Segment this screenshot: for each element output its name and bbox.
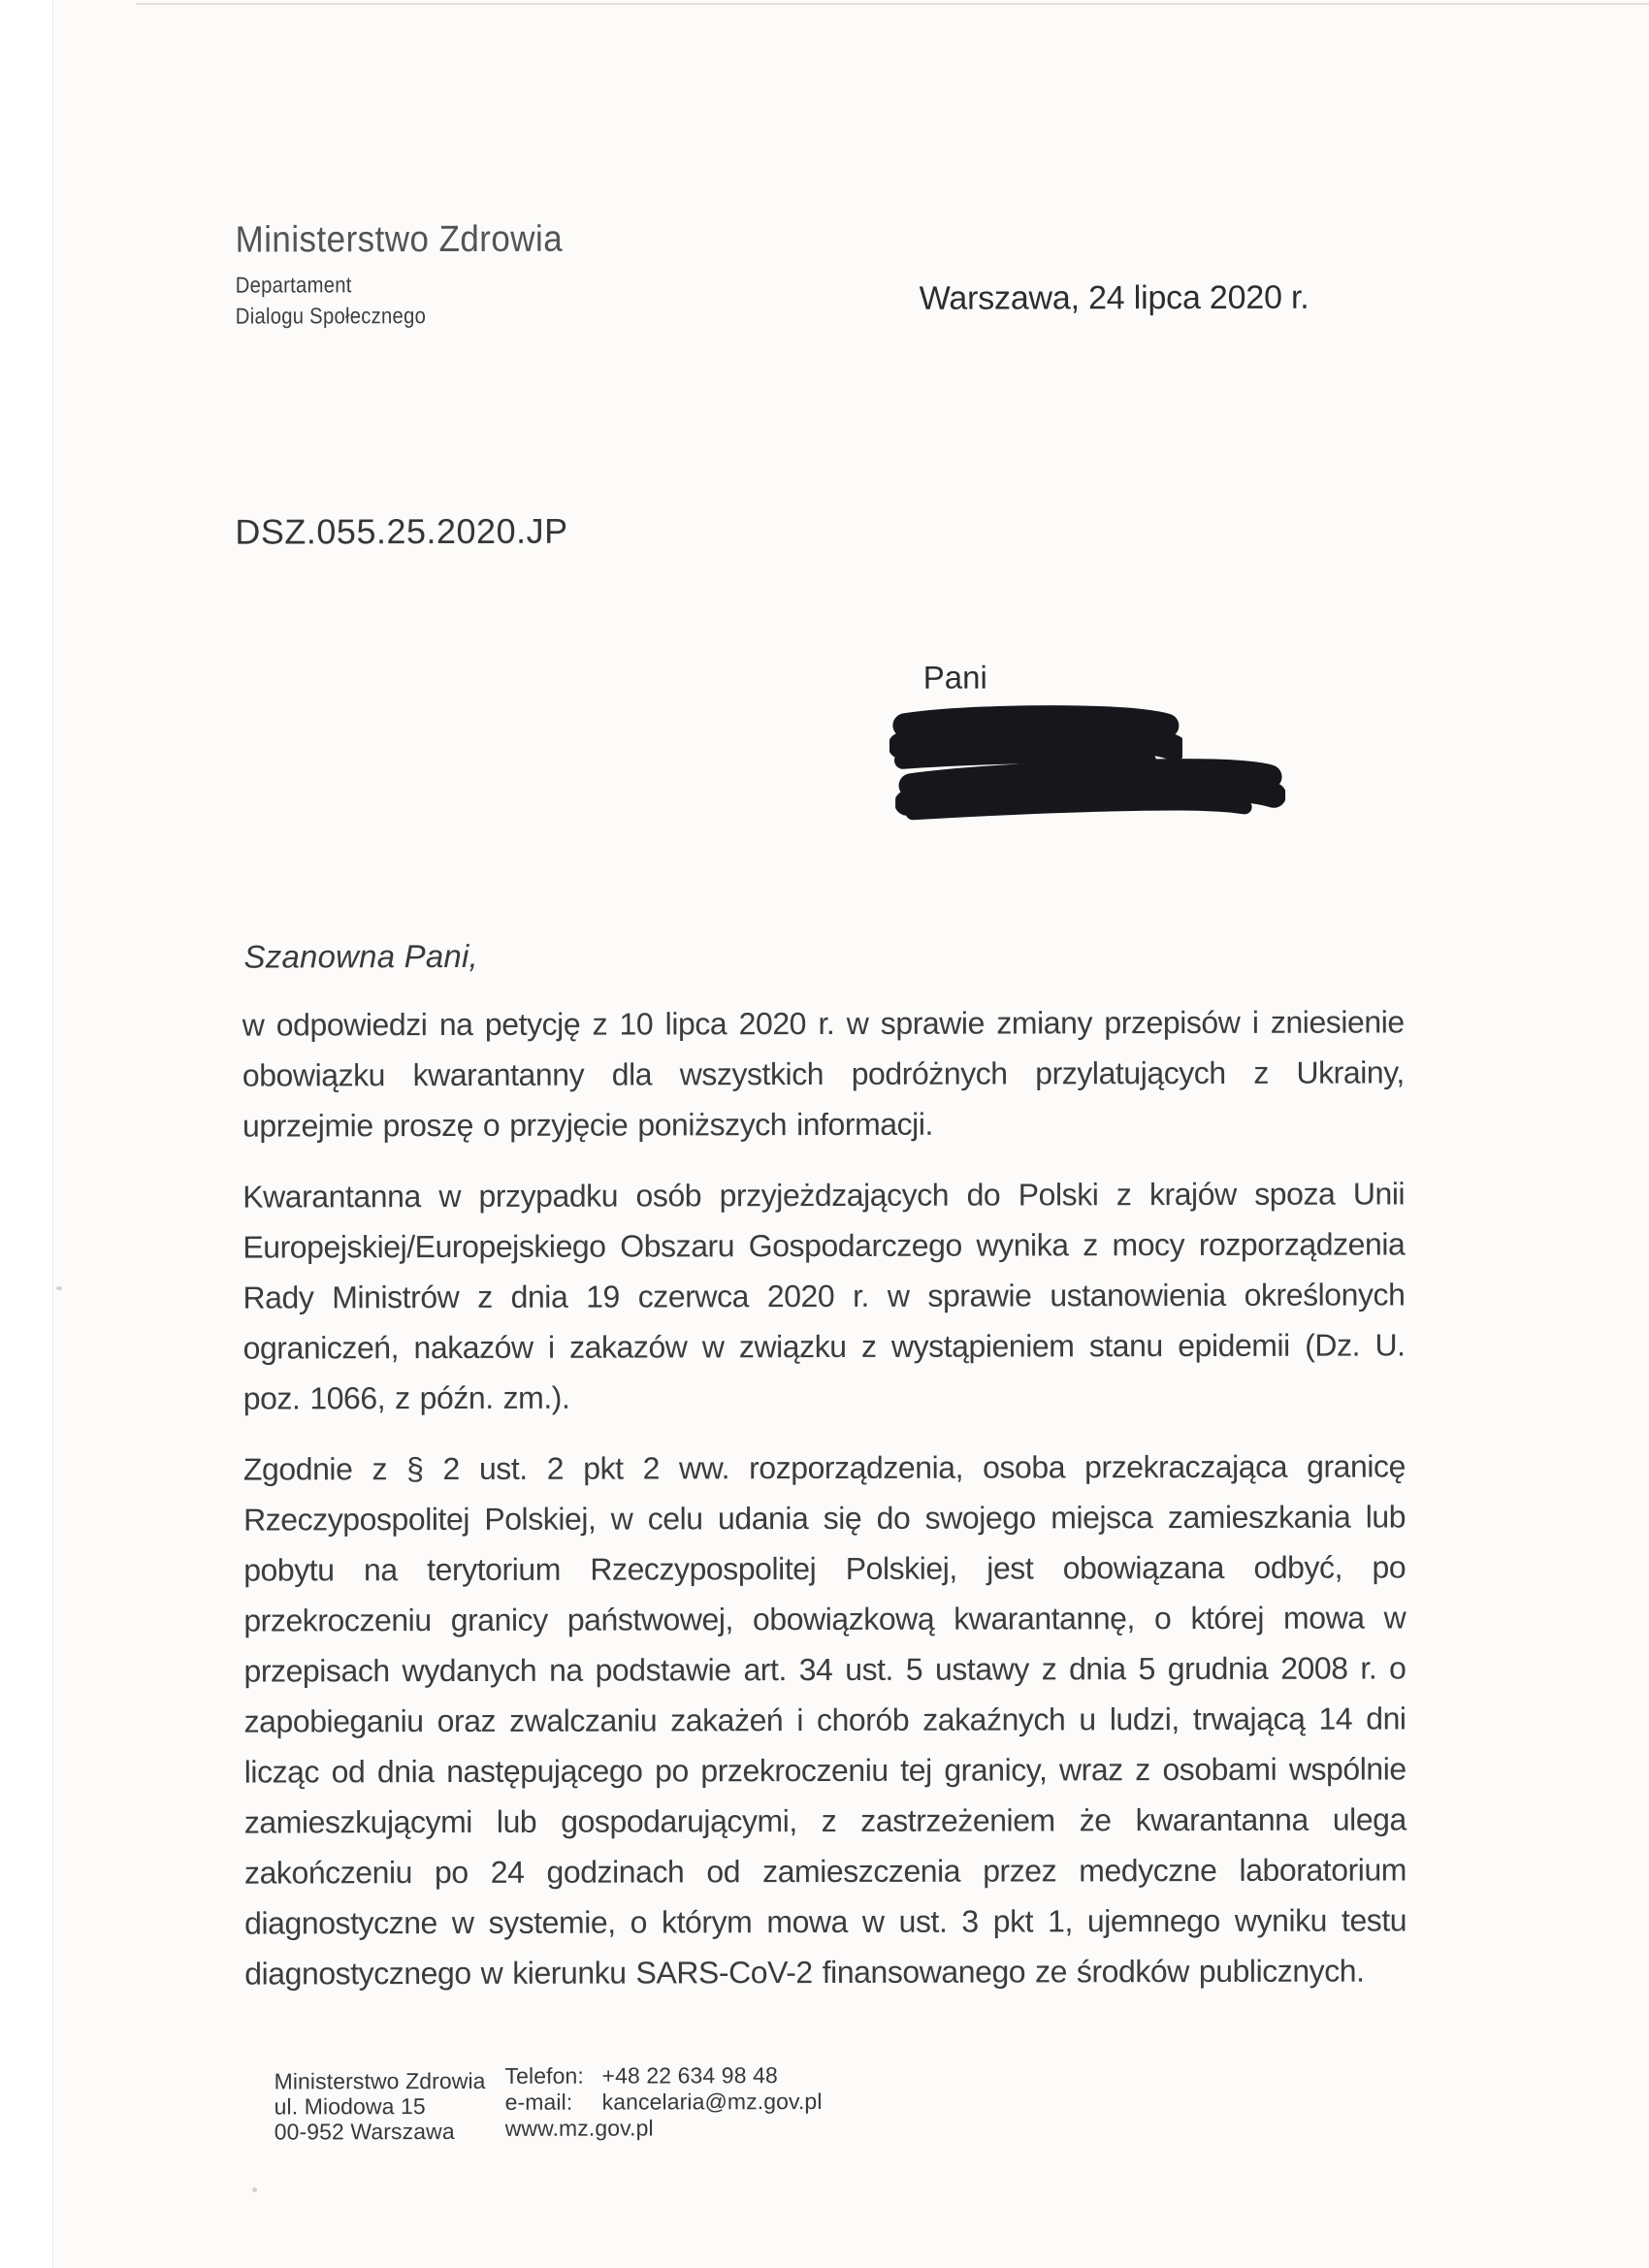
- footer-email-row: e-mail:kancelaria@mz.gov.pl: [505, 2089, 823, 2116]
- footer-address-line-2: ul. Miodowa 15: [275, 2093, 486, 2120]
- reference-number: DSZ.055.25.2020.JP: [235, 514, 567, 550]
- footer-contact: Telefon:+48 22 634 98 48 e-mail:kancelar…: [505, 2062, 823, 2142]
- department-line-1: Departament: [236, 269, 426, 301]
- scanned-letter-page: Ministerstwo Zdrowia Departament Dialogu…: [0, 0, 1649, 2268]
- ministry-name: Ministerstwo Zdrowia: [236, 220, 564, 262]
- department-line-2: Dialogu Społecznego: [236, 300, 426, 332]
- department-name: Departament Dialogu Społecznego: [236, 269, 426, 332]
- paragraph-2: Kwarantanna w przypadku osób przyjeżdzaj…: [242, 1168, 1406, 1423]
- footer-email-label: e-mail:: [505, 2090, 602, 2116]
- footer-website-row: www.mz.gov.pl: [505, 2115, 823, 2142]
- recipient-title: Pani: [923, 662, 987, 694]
- footer-address: Ministerstwo Zdrowia ul. Miodowa 15 00-9…: [275, 2068, 486, 2145]
- footer-website: www.mz.gov.pl: [505, 2115, 654, 2140]
- footer-phone-row: Telefon:+48 22 634 98 48: [505, 2062, 823, 2090]
- letter-content: Ministerstwo Zdrowia Departament Dialogu…: [0, 0, 1649, 2268]
- footer-address-line-3: 00-952 Warszawa: [275, 2119, 486, 2145]
- redaction-bar-2: [895, 756, 1285, 825]
- footer-phone-value: +48 22 634 98 48: [602, 2062, 778, 2088]
- paragraph-3: Zgodnie z § 2 ust. 2 pkt 2 ww. rozporząd…: [243, 1441, 1406, 1998]
- letter-body: w odpowiedzi na petycję z 10 lipca 2020 …: [242, 996, 1407, 1998]
- greeting: Szanowna Pani,: [243, 940, 477, 973]
- footer-address-line-1: Ministerstwo Zdrowia: [275, 2068, 486, 2094]
- footer-phone-label: Telefon:: [505, 2063, 602, 2090]
- date-line: Warszawa, 24 lipca 2020 r.: [920, 281, 1309, 315]
- paragraph-1: w odpowiedzi na petycję z 10 lipca 2020 …: [242, 996, 1405, 1150]
- footer-email-value: kancelaria@mz.gov.pl: [602, 2089, 823, 2115]
- marker-stroke: [895, 756, 1285, 825]
